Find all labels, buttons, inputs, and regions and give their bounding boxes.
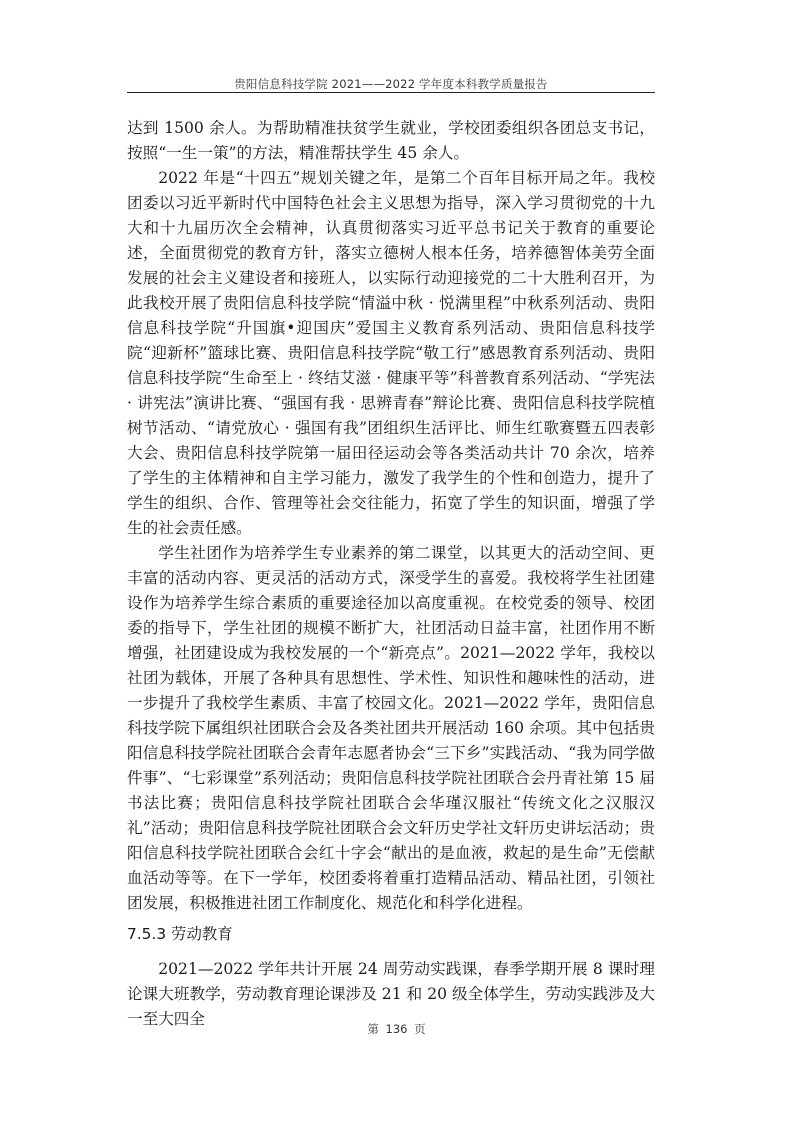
document-body: 达到 1500 余人。为帮助精准扶贫学生就业，学校团委组织各团总支书记，按照“一… xyxy=(127,116,655,1032)
header-rule xyxy=(127,92,655,93)
section-heading-labor-education: 7.5.3 劳动教育 xyxy=(127,922,655,947)
paragraph-youth-league-activities: 2022 年是“十四五”规划关键之年，是第二个百年目标开局之年。我校团委以习近平… xyxy=(127,166,655,541)
page-number: 第 136 页 xyxy=(0,1021,793,1037)
paragraph-student-clubs: 学生社团作为培养学生专业素养的第二课堂，以其更大的活动空间、更丰富的活动内容、更… xyxy=(127,541,655,916)
paragraph-poverty-aid: 达到 1500 余人。为帮助精准扶贫学生就业，学校团委组织各团总支书记，按照“一… xyxy=(127,116,655,166)
page-header: 贵阳信息科技学院 2021——2022 学年度本科教学质量报告 xyxy=(127,76,655,92)
